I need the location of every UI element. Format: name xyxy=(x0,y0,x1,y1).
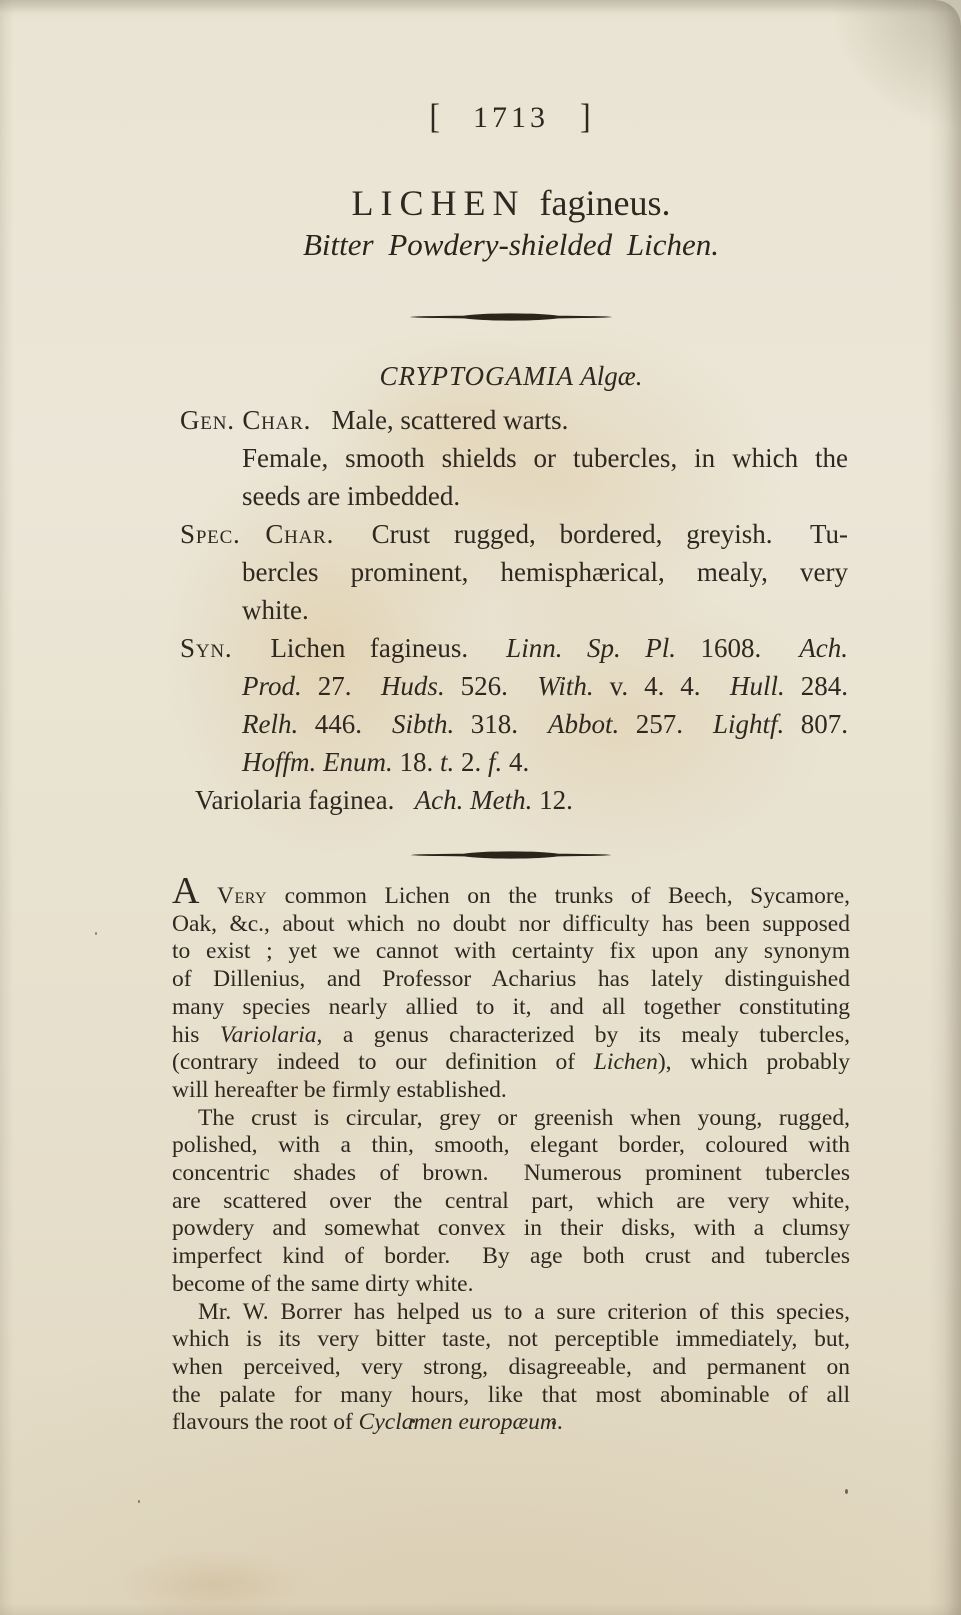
plate-number-value: 1713 xyxy=(473,101,549,135)
paragraph: A Very common Lichen on the trunks of Be… xyxy=(172,881,850,1105)
italic-text: Lightf. xyxy=(713,709,784,739)
text-line: bercles prominent, hemisphærical, mealy,… xyxy=(180,553,848,591)
text-segment: 1608. xyxy=(676,633,799,663)
text-block: [1713] LICHENfagineus. Bitter Powdery-sh… xyxy=(172,0,850,1615)
text-line: powdery and somewhat convex in their dis… xyxy=(172,1215,850,1243)
text-segment: 284. xyxy=(785,671,848,701)
text-segment xyxy=(199,883,217,909)
text-line: imperfect kind of border. By age both cr… xyxy=(172,1243,850,1271)
text-segment: seeds are imbedded. xyxy=(242,481,460,511)
italic-text: Lichen xyxy=(594,1049,658,1075)
text-segment: the palate for many hours, like that mos… xyxy=(172,1382,850,1408)
text-segment: 12. xyxy=(532,785,573,815)
text-line: Oak, &c., about which no doubt nor diffi… xyxy=(172,911,850,939)
text-line: to exist ; yet we cannot with certainty … xyxy=(172,938,850,966)
text-segment: Variolaria faginea. xyxy=(195,785,415,815)
sc-text: Spec. Char. xyxy=(180,519,334,549)
text-line: Female, smooth shields or tubercles, in … xyxy=(180,439,848,477)
text-segment: flavours the root of xyxy=(172,1409,359,1435)
text-segment: are scattered over the central part, whi… xyxy=(172,1188,850,1214)
text-segment: Female, smooth shields or tubercles, in … xyxy=(242,443,848,473)
italic-text: Hoffm. Enum. xyxy=(242,747,393,777)
text-segment: when perceived, very strong, disagreeabl… xyxy=(172,1354,850,1380)
text-line: become of the same dirty white. xyxy=(172,1271,850,1299)
text-line: which is its very bitter taste, not perc… xyxy=(172,1326,850,1354)
text-segment: concentric shades of brown. Numerous pro… xyxy=(172,1160,850,1186)
description-body: A Very common Lichen on the trunks of Be… xyxy=(172,881,850,1437)
italic-text: Ach. Meth. xyxy=(415,785,533,815)
text-segment: Lichen fagineus. xyxy=(232,633,506,663)
italic-text: Abbot. xyxy=(548,709,619,739)
text-line: are scattered over the central part, whi… xyxy=(172,1188,850,1216)
text-segment: v. 4. 4. xyxy=(594,671,730,701)
ink-speck xyxy=(412,1419,415,1423)
classification-line: CRYPTOGAMIA Algæ. xyxy=(172,361,850,392)
text-segment: his xyxy=(172,1022,220,1048)
text-segment: The crust is circular, grey or greenish … xyxy=(198,1105,850,1131)
text-segment: to exist ; yet we cannot with certainty … xyxy=(172,938,850,964)
text-segment: 4. xyxy=(502,747,529,777)
text-line: Variolaria faginea. Ach. Meth. 12. xyxy=(180,781,848,819)
italic-text: Ach. xyxy=(799,633,848,663)
text-segment: 807. xyxy=(784,709,848,739)
text-line: (contrary indeed to our definition of Li… xyxy=(172,1049,850,1077)
italic-text: Variolaria xyxy=(220,1022,317,1048)
paragraph: The crust is circular, grey or greenish … xyxy=(172,1105,850,1299)
classification-order: CRYPTOGAMIA xyxy=(379,361,574,391)
sc-text: Syn. xyxy=(180,633,232,663)
italic-text: Prod. xyxy=(242,671,302,701)
text-line: when perceived, very strong, disagreeabl… xyxy=(172,1354,850,1382)
text-segment: (contrary indeed to our definition of xyxy=(172,1049,594,1075)
ink-speck xyxy=(845,1489,848,1494)
text-line: flavours the root of Cyclamen europæum. xyxy=(172,1409,850,1437)
italic-text: t. xyxy=(440,747,454,777)
sc-text: Gen. Char. xyxy=(180,405,311,435)
species-epithet: fagineus. xyxy=(540,183,671,223)
text-line: Prod. 27. Huds. 526. With. v. 4. 4. Hull… xyxy=(180,667,848,705)
text-line: A Very common Lichen on the trunks of Be… xyxy=(172,881,850,911)
scanned-book-page: [1713] LICHENfagineus. Bitter Powdery-sh… xyxy=(0,0,961,1615)
text-segment: polished, with a thin, smooth, elegant b… xyxy=(172,1132,850,1158)
text-segment: 2. xyxy=(454,747,488,777)
text-segment: Oak, &c., about which no doubt nor diffi… xyxy=(172,911,850,937)
text-segment: 446. xyxy=(298,709,392,739)
classification-tribe: Algæ. xyxy=(580,361,642,391)
section-rule-bottom xyxy=(172,849,850,861)
characters-section: Gen. Char. Male, scattered warts.Female,… xyxy=(180,401,848,819)
text-line: Hoffm. Enum. 18. t. 2. f. 4. xyxy=(180,743,848,781)
section-rule-top xyxy=(172,311,850,323)
text-segment: common Lichen on the trunks of Beech, Sy… xyxy=(267,883,850,909)
italic-text: Huds. xyxy=(381,671,445,701)
text-segment: will hereafter be firmly established. xyxy=(172,1077,507,1103)
text-segment: ), which probably xyxy=(658,1049,850,1075)
italic-text: With. xyxy=(537,671,593,701)
text-segment: 257. xyxy=(619,709,713,739)
text-segment: . xyxy=(557,1409,563,1435)
italic-text: f. xyxy=(488,747,502,777)
italic-text: Cyclamen europæum xyxy=(359,1409,557,1435)
species-title: LICHENfagineus. xyxy=(172,182,850,224)
text-segment: Mr. W. Borrer has helped us to a sure cr… xyxy=(198,1299,850,1325)
text-segment: many species nearly allied to it, and al… xyxy=(172,994,850,1020)
italic-text: Hull. xyxy=(730,671,785,701)
text-segment: of Dillenius, and Professor Acharius has… xyxy=(172,966,850,992)
text-segment: white. xyxy=(242,595,309,625)
text-segment: 18. xyxy=(393,747,440,777)
italic-text: Sibth. xyxy=(392,709,454,739)
text-line: The crust is circular, grey or greenish … xyxy=(172,1105,850,1133)
text-segment: Male, scattered warts. xyxy=(311,405,568,435)
text-segment: powdery and somewhat convex in their dis… xyxy=(172,1215,850,1241)
text-line: the palate for many hours, like that mos… xyxy=(172,1382,850,1410)
text-line: Spec. Char. Crust rugged, bordered, grey… xyxy=(180,515,848,553)
text-line: many species nearly allied to it, and al… xyxy=(172,994,850,1022)
text-line: polished, with a thin, smooth, elegant b… xyxy=(172,1132,850,1160)
text-segment: imperfect kind of border. By age both cr… xyxy=(172,1243,850,1269)
text-line: of Dillenius, and Professor Acharius has… xyxy=(172,966,850,994)
plate-number: [1713] xyxy=(172,98,850,135)
scv-text: Very xyxy=(217,883,267,909)
text-line: concentric shades of brown. Numerous pro… xyxy=(172,1160,850,1188)
ink-speck xyxy=(95,932,97,935)
italic-text: Relh. xyxy=(242,709,298,739)
text-line: seeds are imbedded. xyxy=(180,477,848,515)
text-segment: which is its very bitter taste, not perc… xyxy=(172,1326,850,1352)
paragraph: Mr. W. Borrer has helped us to a sure cr… xyxy=(172,1299,850,1438)
text-segment: , a genus characterized by its mealy tub… xyxy=(317,1022,850,1048)
ink-speck xyxy=(552,1421,556,1425)
text-line: his Variolaria, a genus characterized by… xyxy=(172,1022,850,1050)
right-bracket: ] xyxy=(580,97,593,137)
text-line: Relh. 446. Sibth. 318. Abbot. 257. Light… xyxy=(180,705,848,743)
text-line: will hereafter be firmly established. xyxy=(172,1077,850,1105)
initial-text: A xyxy=(172,870,199,912)
text-segment: 526. xyxy=(445,671,538,701)
text-segment: 318. xyxy=(454,709,548,739)
text-line: Gen. Char. Male, scattered warts. xyxy=(180,401,848,439)
text-segment: Crust rugged, bordered, greyish. Tu- xyxy=(334,519,848,549)
text-line: Syn. Lichen fagineus. Linn. Sp. Pl. 1608… xyxy=(180,629,848,667)
text-segment: 27. xyxy=(302,671,381,701)
genus-name: LICHEN xyxy=(352,183,526,223)
common-name-subtitle: Bitter Powdery-shielded Lichen. xyxy=(172,227,850,263)
text-segment: become of the same dirty white. xyxy=(172,1271,473,1297)
ink-speck xyxy=(138,1500,140,1503)
italic-text: Linn. Sp. Pl. xyxy=(506,633,676,663)
text-segment: bercles prominent, hemisphærical, mealy,… xyxy=(242,557,848,587)
text-line: Mr. W. Borrer has helped us to a sure cr… xyxy=(172,1299,850,1327)
text-line: white. xyxy=(180,591,848,629)
left-bracket: [ xyxy=(429,97,442,137)
